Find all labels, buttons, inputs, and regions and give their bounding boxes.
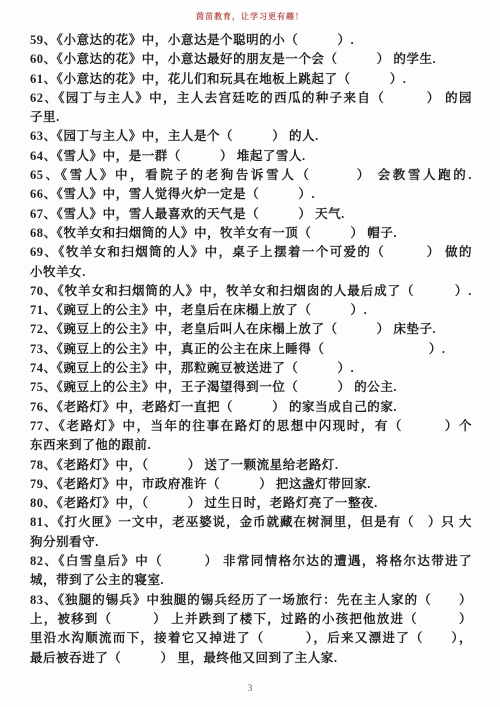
question-68-line: 68、《牧羊女和扫烟筒的人》中，牧羊女有一顶（ ） 帽子. — [30, 224, 472, 243]
question-79-line: 79、《老路灯》中，市政府准许（ ） 把这盏灯带回家. — [30, 475, 472, 494]
question-83-line-2: 上，被移到（ ） 上并跌到了楼下，过路的小孩把他放进（ ） — [30, 610, 472, 629]
question-64-line: 64、《雪人》中，是一群（ ） 堆起了雪人. — [30, 147, 472, 166]
question-69-line-2: 小牧羊女. — [30, 263, 472, 282]
question-65-line: 65、《雪人》中，看院子的老狗告诉雪人（ ） 会教雪人跑的. — [30, 166, 472, 185]
question-77-line-1: 77、《老路灯》中，当年的往事在路灯的思想中闪现时，有（ ）个 — [30, 417, 472, 436]
question-81-line-1: 81、《打火匣》一文中，老巫婆说，金币就藏在树洞里，但是有（ ）只 大 — [30, 513, 472, 532]
question-62-line-2: 子里. — [30, 108, 472, 127]
question-72-line: 72、《豌豆上的公主》中，老皇后叫人在床榻上放了（ ） 床垫子. — [30, 320, 472, 339]
question-71-line: 71、《豌豆上的公主》中，老皇后在床榻上放了（ ）. — [30, 301, 472, 320]
question-82-line-2: 城，带到了公主的寝室. — [30, 571, 472, 590]
question-83-line-3: 里沿水沟顺流而下，接着它又掉进了（ ），后来又漂进了（ ）， — [30, 629, 472, 648]
question-59-line: 59、《小意达的花》中，小意达是个聪明的小（ ）. — [30, 31, 472, 50]
question-63-line: 63、《园丁与主人》中，主人是个（ ） 的人. — [30, 127, 472, 146]
question-80-line: 80、《老路灯》中，（ ） 过生日时，老路灯亮了一整夜. — [30, 494, 472, 513]
page-number: 3 — [0, 683, 500, 693]
question-83-line-4: 最后被吞进了（ ） 里，最终他又回到了主人家. — [30, 649, 472, 668]
question-69-line-1: 69、《牧羊女和扫烟筒的人》中，桌子上摆着一个可爱的（ ） 做的 — [30, 243, 472, 262]
question-75-line: 75、《豌豆上的公主》中，王子渴望得到一位（ ） 的公主. — [30, 378, 472, 397]
question-73-line: 73、《豌豆上的公主》中，真正的公主在床上睡得（ ）. — [30, 340, 472, 359]
question-82-line-1: 82、《白雪皇后》中（ ） 非常同情格尔达的遭遇，将格尔达带进了 — [30, 552, 472, 571]
question-67-line: 67、《雪人》中，雪人最喜欢的天气是（ ） 天气. — [30, 205, 472, 224]
question-76-line: 76、《老路灯》中，老路灯一直把（ ） 的家当成自己的家. — [30, 398, 472, 417]
question-81-line-2: 狗分别看守. — [30, 533, 472, 552]
question-70-line: 70、《牧羊女和扫烟筒的人》中，牧羊女和扫烟囱的人最后成了（ ）. — [30, 282, 472, 301]
question-74-line: 74、《豌豆上的公主》中，那粒豌豆被送进了（ ）. — [30, 359, 472, 378]
worksheet-page: 茵苗教育，让学习更有趣！ 59、《小意达的花》中，小意达是个聪明的小（ ）. 6… — [0, 0, 500, 707]
question-66-line: 66、《雪人》中，雪人觉得火炉一定是（ ）. — [30, 185, 472, 204]
question-77-line-2: 东西来到了他的跟前. — [30, 436, 472, 455]
question-62-line-1: 62、《园丁与主人》中，主人去宫廷吃的西瓜的种子来自（ ） 的园 — [30, 89, 472, 108]
question-83-line-1: 83、《独腿的锡兵》中独腿的锡兵经历了一场旅行：先在主人家的（ ） — [30, 591, 472, 610]
question-60-line: 60、《小意达的花》中，小意达最好的朋友是一个会（ ） 的学生. — [30, 50, 472, 69]
question-61-line: 61、《小意达的花》中，花儿们和玩具在地板上跳起了（ ）. — [30, 70, 472, 89]
brand-slogan: 茵苗教育，让学习更有趣！ — [0, 11, 500, 22]
question-78-line: 78、《老路灯》中，（ ） 送了一颗流星给老路灯. — [30, 456, 472, 475]
question-list: 59、《小意达的花》中，小意达是个聪明的小（ ）. 60、《小意达的花》中，小意… — [30, 31, 472, 668]
